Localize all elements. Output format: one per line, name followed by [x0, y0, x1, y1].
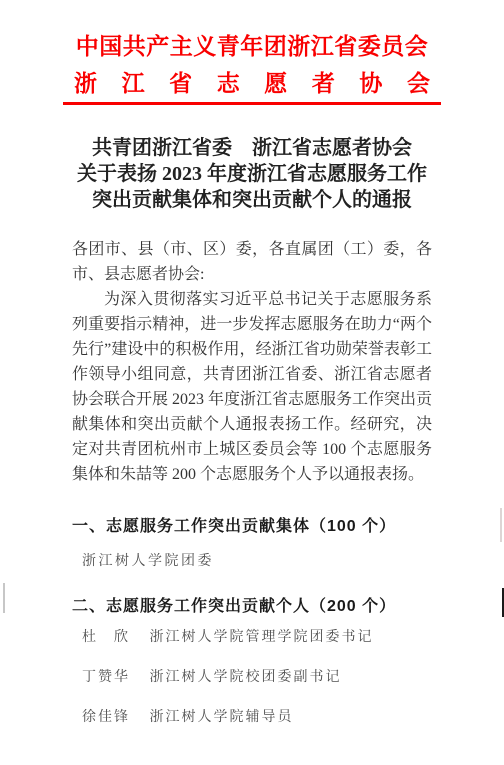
- letterhead-org-secondary: 浙江省志愿者协会: [74, 70, 430, 98]
- individual-entry: 杜 欣 浙江树人学院管理学院团委书记: [72, 630, 432, 646]
- individual-role: 浙江树人学院辅导员: [150, 710, 294, 725]
- scan-artifact-left-faint: [3, 583, 5, 613]
- individual-name: 丁赞华: [82, 670, 130, 685]
- commendation-sections: 一、志愿服务工作突出贡献集体（100 个） 浙江树人学院团委 二、志愿服务工作突…: [72, 518, 432, 726]
- scan-artifact-right-faint: [500, 508, 502, 542]
- document-page: 中国共产主义青年团浙江省委员会 浙江省志愿者协会 共青团浙江省委 浙江省志愿者协…: [0, 0, 504, 765]
- body-paragraph: 为深入贯彻落实习近平总书记关于志愿服务系列重要指示精神，进一步发挥志愿服务在助力…: [72, 287, 432, 487]
- salutation-text: 各团市、县（市、区）委，各直属团（工）委，各市、县志愿者协会:: [72, 237, 432, 287]
- individual-role: 浙江树人学院校团委副书记: [150, 670, 342, 685]
- document-body: 各团市、县（市、区）委，各直属团（工）委，各市、县志愿者协会: 为深入贯彻落实习…: [72, 237, 432, 487]
- individual-name: 徐佳锋: [82, 710, 130, 725]
- letterhead-org-primary: 中国共产主义青年团浙江省委员会: [0, 0, 504, 61]
- document-title-line-1: 共青团浙江省委 浙江省志愿者协会: [0, 135, 504, 161]
- document-title-line-2: 关于表扬 2023 年度浙江省志愿服务工作: [0, 161, 504, 187]
- section-heading-collectives: 一、志愿服务工作突出贡献集体（100 个）: [72, 518, 432, 536]
- document-title-line-3: 突出贡献集体和突出贡献个人的通报: [0, 187, 504, 213]
- individual-name: 杜 欣: [82, 630, 130, 645]
- letterhead: 中国共产主义青年团浙江省委员会 浙江省志愿者协会: [0, 0, 504, 105]
- document-title: 共青团浙江省委 浙江省志愿者协会 关于表扬 2023 年度浙江省志愿服务工作 突…: [0, 135, 504, 213]
- section-heading-individuals: 二、志愿服务工作突出贡献个人（200 个）: [72, 598, 432, 616]
- collective-list-item: 浙江树人学院团委: [72, 554, 432, 570]
- individual-role: 浙江树人学院管理学院团委书记: [150, 630, 374, 645]
- individual-entry: 丁赞华 浙江树人学院校团委副书记: [72, 670, 432, 686]
- letterhead-divider-rule: [63, 102, 441, 105]
- individual-entry: 徐佳锋 浙江树人学院辅导员: [72, 710, 432, 726]
